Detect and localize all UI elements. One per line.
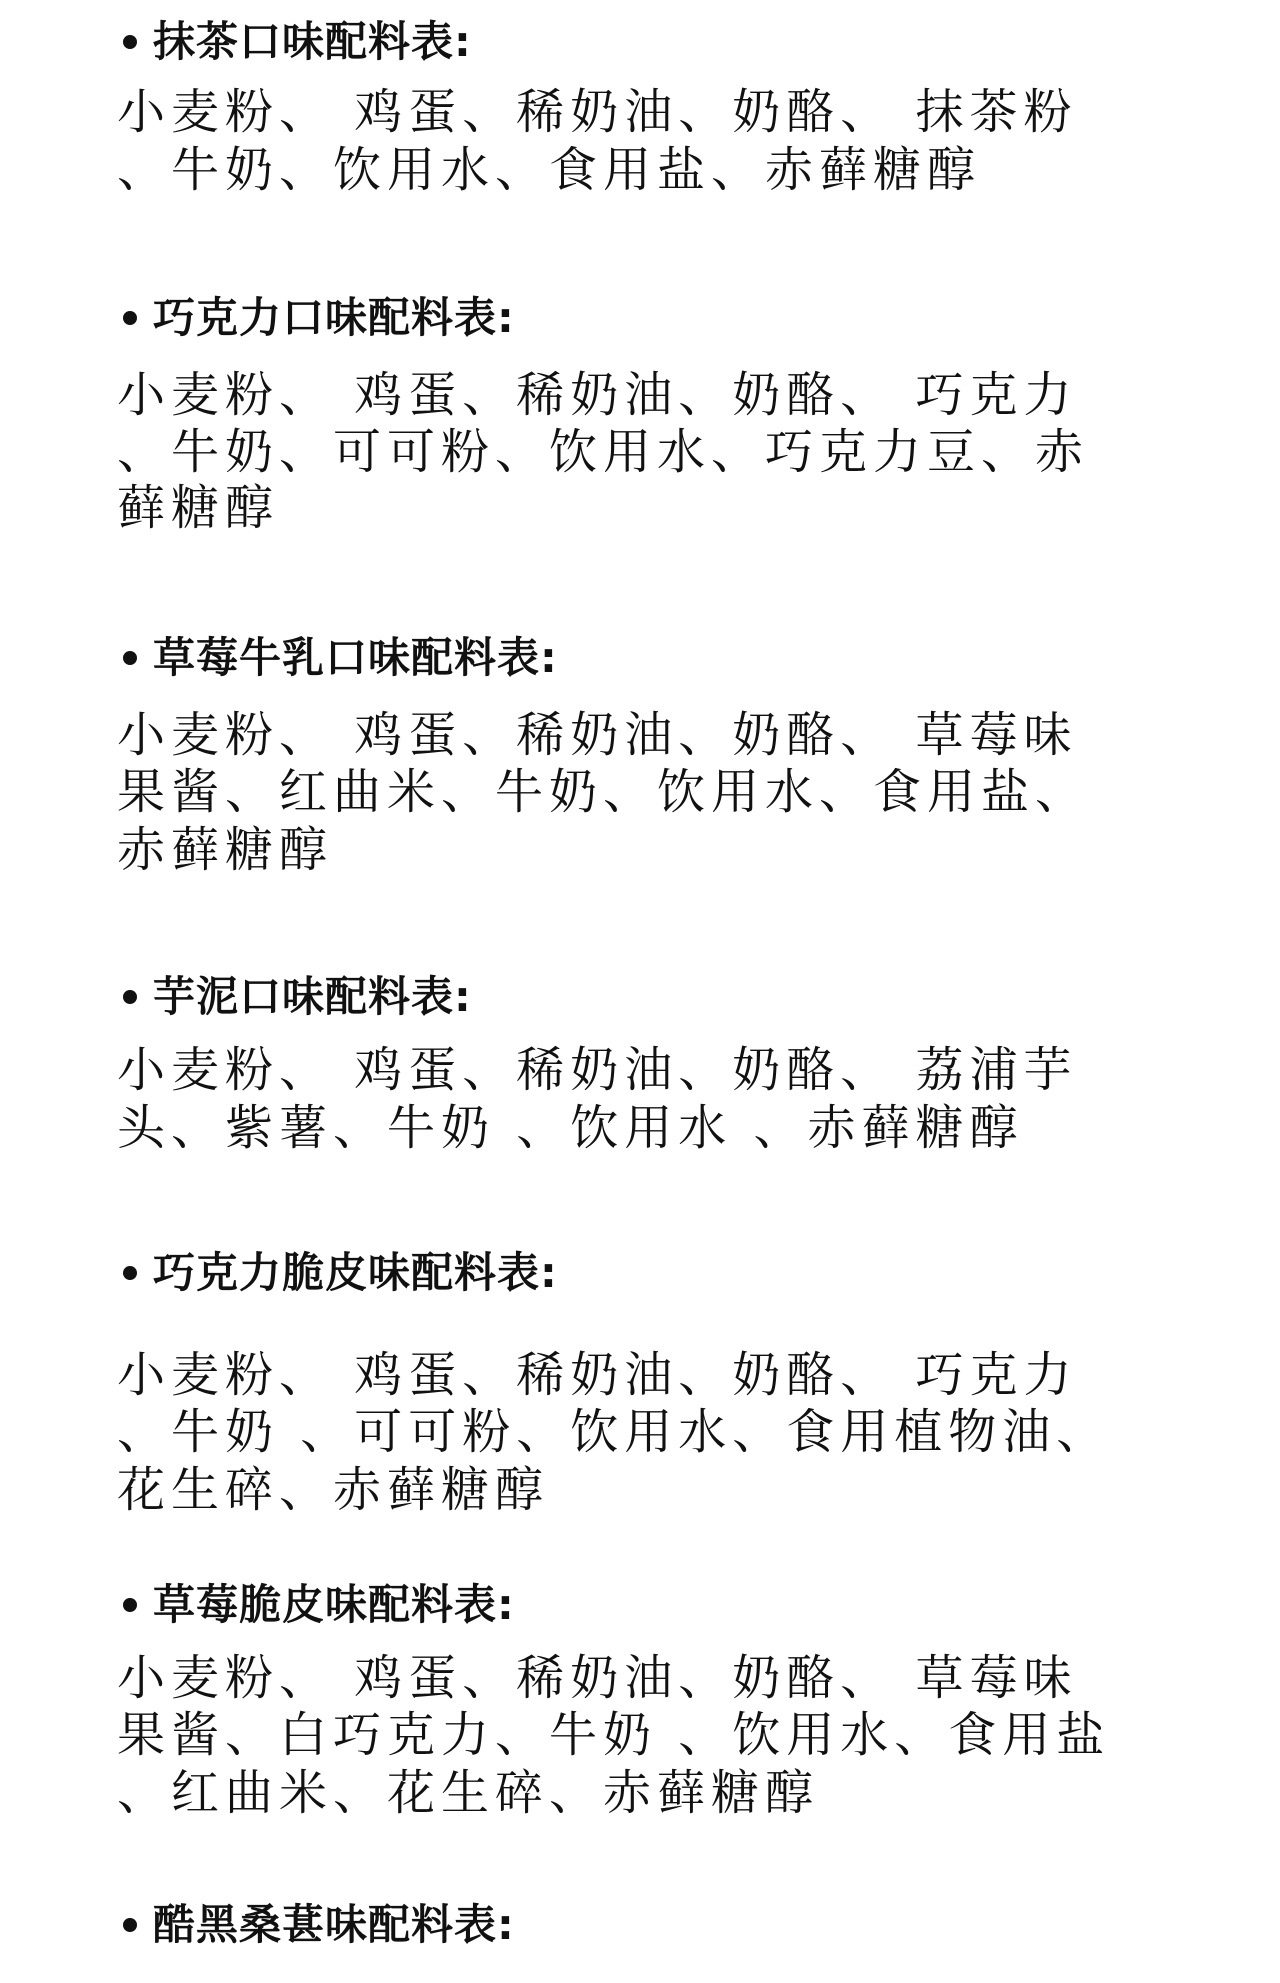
- heading-text: 酷黑桑葚味配料表:: [153, 1900, 515, 1950]
- heading-text: 芋泥口味配料表:: [153, 972, 472, 1022]
- ingredient-line: 花生碎、赤藓糖醇: [117, 1462, 549, 1518]
- ingredient-line: 、牛奶、可可粉、饮用水、巧克力豆、赤: [117, 424, 1089, 480]
- ingredient-line: 小麦粉、 鸡蛋、稀奶油、奶酪、 草莓味: [117, 707, 1078, 763]
- section-heading: 草莓脆皮味配料表:: [117, 1580, 515, 1630]
- ingredient-line: 头、紫薯、牛奶 、饮用水 、赤藓糖醇: [117, 1100, 1024, 1156]
- ingredient-line: 、红曲米、花生碎、赤藓糖醇: [117, 1765, 819, 1821]
- ingredient-line: 藓糖醇: [117, 480, 279, 536]
- section-heading: 抹茶口味配料表:: [117, 17, 472, 67]
- heading-text: 巧克力口味配料表:: [153, 293, 515, 343]
- section-heading: 巧克力脆皮味配料表:: [117, 1248, 558, 1298]
- bullet-icon: [123, 990, 137, 1004]
- ingredient-line: 小麦粉、 鸡蛋、稀奶油、奶酪、 草莓味: [117, 1650, 1078, 1706]
- heading-text: 草莓牛乳口味配料表:: [153, 633, 558, 683]
- section-heading: 酷黑桑葚味配料表:: [117, 1900, 515, 1950]
- section-heading: 巧克力口味配料表:: [117, 293, 515, 343]
- ingredient-line: 小麦粉、 鸡蛋、稀奶油、奶酪、 巧克力: [117, 1347, 1078, 1403]
- bullet-icon: [123, 35, 137, 49]
- bullet-icon: [123, 1918, 137, 1932]
- bullet-icon: [123, 1598, 137, 1612]
- ingredient-line: 小麦粉、 鸡蛋、稀奶油、奶酪、 荔浦芋: [117, 1042, 1078, 1098]
- section-heading: 芋泥口味配料表:: [117, 972, 472, 1022]
- bullet-icon: [123, 1266, 137, 1280]
- ingredient-line: 、牛奶、饮用水、食用盐、赤藓糖醇: [117, 142, 981, 198]
- bullet-icon: [123, 311, 137, 325]
- ingredient-line: 小麦粉、 鸡蛋、稀奶油、奶酪、 抹茶粉: [117, 84, 1078, 140]
- heading-text: 草莓脆皮味配料表:: [153, 1580, 515, 1630]
- section-heading: 草莓牛乳口味配料表:: [117, 633, 558, 683]
- ingredient-line: 果酱、红曲米、牛奶、饮用水、食用盐、: [117, 764, 1089, 820]
- ingredient-line: 小麦粉、 鸡蛋、稀奶油、奶酪、 巧克力: [117, 367, 1078, 423]
- ingredient-line: 赤藓糖醇: [117, 822, 333, 878]
- ingredient-line: 、牛奶 、可可粉、饮用水、食用植物油、: [117, 1404, 1110, 1460]
- heading-text: 巧克力脆皮味配料表:: [153, 1248, 558, 1298]
- bullet-icon: [123, 651, 137, 665]
- ingredient-line: 果酱、白巧克力、牛奶 、饮用水、食用盐: [117, 1707, 1110, 1763]
- heading-text: 抹茶口味配料表:: [153, 17, 472, 67]
